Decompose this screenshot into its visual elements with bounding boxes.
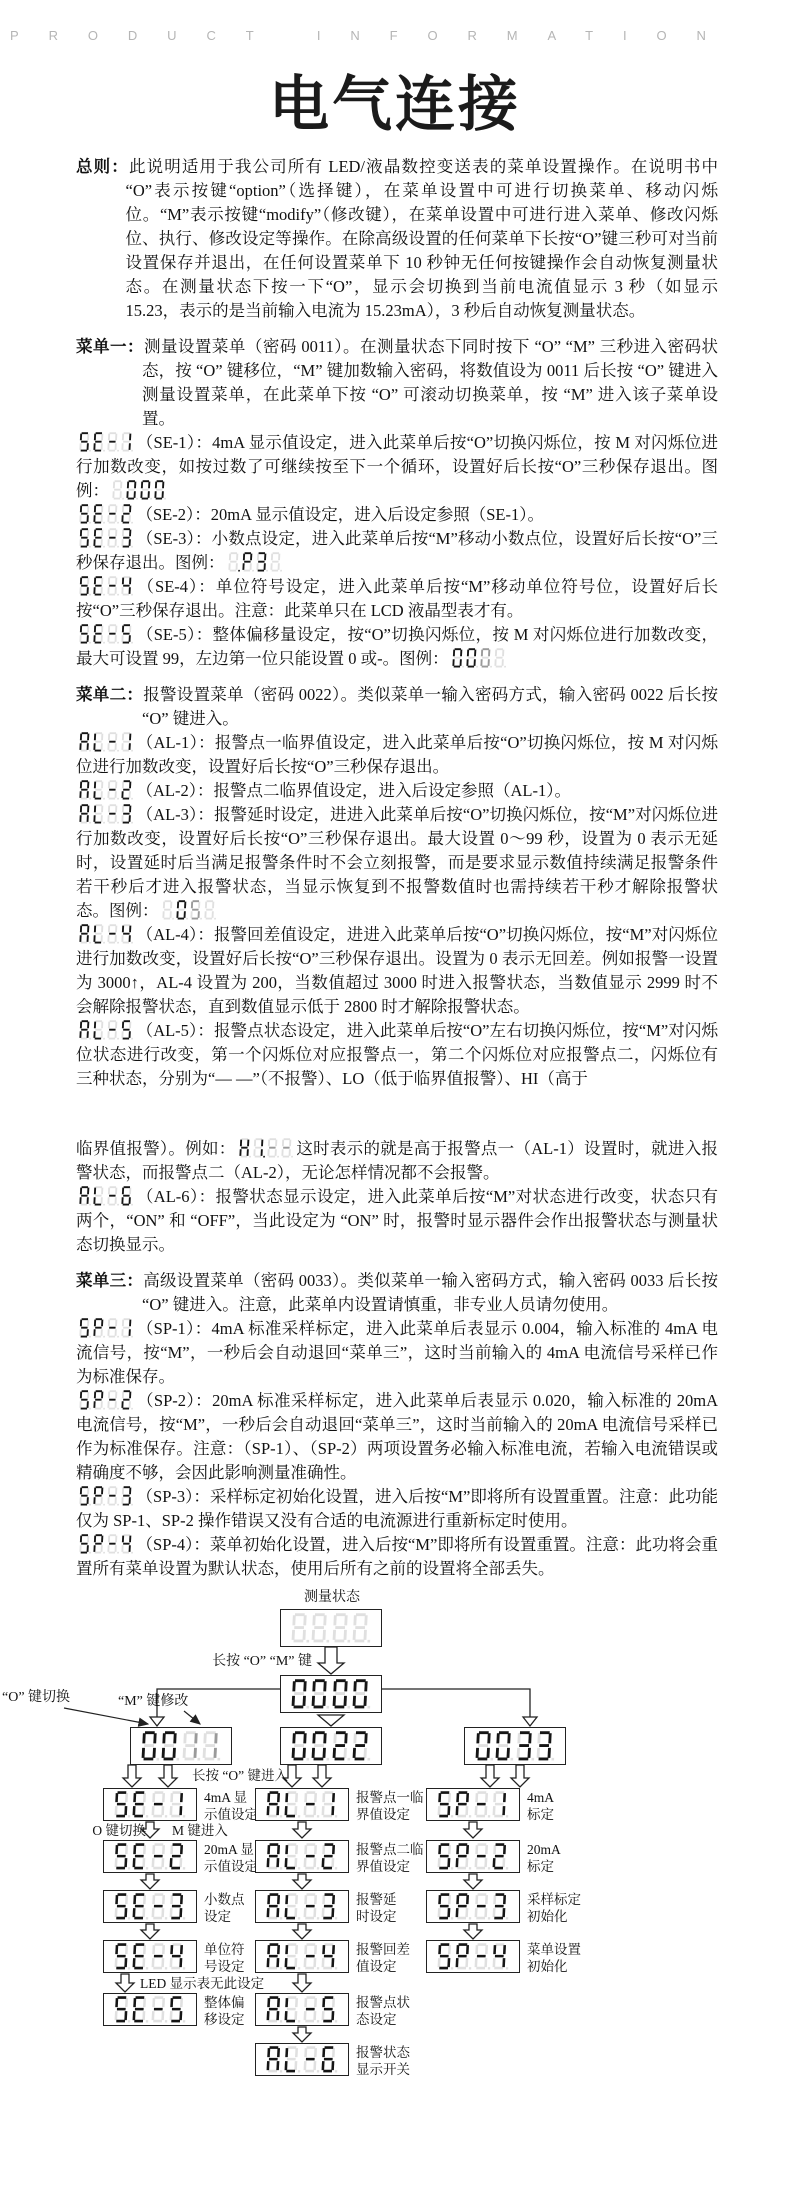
seg-display-al1-icon (79, 732, 134, 752)
menu2-label: 菜单二： (76, 685, 143, 704)
seg-display-al3-example (162, 900, 217, 920)
fc-password-0000-display (280, 1675, 382, 1713)
fc-sp3-label: 采样标定 初始化 (527, 1891, 581, 1925)
fc-sp2-display (426, 1840, 520, 1873)
seg-display-al5-icon (79, 1020, 134, 1040)
fc-se1-label: 4mA 显 示值设定 (204, 1789, 258, 1823)
fc-password-0033-display (464, 1727, 566, 1765)
fc-se2-display (103, 1840, 197, 1873)
seg-display-se1-icon (79, 432, 134, 452)
fc-sp4-display (426, 1940, 520, 1973)
fc-al5-display (255, 1993, 349, 2026)
fc-se1-display (103, 1788, 197, 1821)
seg-display-sp2-icon (79, 1390, 134, 1410)
fc-al2-display (255, 1840, 349, 1873)
item-se5: （SE-5）：整体偏移量设定，按“O”切换闪烁位，按 M 对闪烁位进行加数改变，… (76, 623, 718, 671)
fc-long-press-label: 长按 “O” “M” 键 (160, 1653, 312, 1670)
fc-se2-label: 20mA 显 示值设定 (204, 1841, 258, 1875)
general-text: 此说明适用于我公司所有 LED/液晶数控变送表的菜单设置操作。在说明书中 “O”… (126, 157, 719, 320)
fc-al3-label: 报警延 时设定 (356, 1891, 397, 1925)
fc-al3-display (255, 1890, 349, 1923)
menu3-label: 菜单三： (76, 1271, 143, 1290)
item-se2: （SE-2）：20mA 显示值设定，进入后设定参照（SE-1）。 (76, 503, 718, 527)
item-al4: （AL-4）：报警回差值设定，进进入此菜单后按“O”切换闪烁位，按“M”对闪烁位… (76, 923, 718, 1019)
fc-measure-display (280, 1609, 382, 1647)
fc-al4-display (255, 1940, 349, 1973)
menu1-label: 菜单一： (76, 337, 144, 356)
seg-display-se2-icon (79, 504, 134, 524)
menu1-intro: 菜单一：测量设置菜单（密码 0011）。在测量状态下同时按下 “O” “M” 三… (76, 335, 718, 431)
fc-se4-label: 单位符 号设定 (204, 1941, 245, 1975)
fc-al6-label: 报警状态 显示开关 (356, 2044, 410, 2078)
fc-se3-display (103, 1890, 197, 1923)
seg-display-al6-icon (79, 1186, 134, 1206)
general-paragraph: 总则：此说明适用于我公司所有 LED/液晶数控变送表的菜单设置操作。在说明书中 … (76, 155, 718, 323)
fc-enter-label: 长按 “O” 键进入 (192, 1767, 288, 1784)
menu-1: 菜单一：测量设置菜单（密码 0011）。在测量状态下同时按下 “O” “M” 三… (76, 335, 718, 671)
seg-display-se3-icon (79, 528, 134, 548)
seg-display-se5-example (452, 648, 507, 668)
fc-al2-label: 报警点二临 界值设定 (356, 1841, 424, 1875)
item-al2: （AL-2）：报警点二临界值设定，进入后设定参照（AL-1）。 (76, 779, 718, 803)
item-al5-continued: 临界值报警）。例如：这时表示的就是高于报警点一（AL-1）设置时，就进入报警状态… (76, 1137, 718, 1185)
seg-display-se4-icon (79, 576, 134, 596)
item-se1: （SE-1）：4mA 显示值设定，进入此菜单后按“O”切换闪烁位，按 M 对闪烁… (76, 431, 718, 503)
menu-flowchart: 测量状态 长按 “O” “M” 键 “O” 键切换 “M” 键修改 长按 “O”… (0, 1589, 790, 2089)
fc-se5-label: 整体偏 移设定 (204, 1994, 245, 2028)
item-sp2: （SP-2）：20mA 标准采样标定，进入此菜单后表显示 0.020，输入标准的… (76, 1389, 718, 1485)
kicker-product-information: PRODUCT INFORMATION (10, 28, 790, 43)
fc-se4-display (103, 1940, 197, 1973)
fc-sp1-label: 4mA 标定 (527, 1789, 554, 1823)
seg-display-al2-icon (79, 780, 134, 800)
fc-measure-state-label: 测量状态 (281, 1589, 383, 1606)
menu-3: 菜单三：高级设置菜单（密码 0033）。类似菜单一输入密码方式，输入密码 003… (76, 1269, 718, 1581)
item-al1: （AL-1）：报警点一临界值设定，进入此菜单后按“O”切换闪烁位，按 M 对闪烁… (76, 731, 718, 779)
page-title: 电气连接 (0, 57, 790, 143)
fc-sp4-label: 菜单设置 初始化 (527, 1941, 581, 1975)
item-se3: （SE-3）：小数点设定，进入此菜单后按“M”移动小数点位，设置好后长按“O”三… (76, 527, 718, 575)
seg-display-al3-icon (79, 804, 134, 824)
fc-se3-label: 小数点 设定 (204, 1891, 245, 1925)
fc-al5-label: 报警点状 态设定 (356, 1994, 410, 2028)
item-al6: （AL-6）：报警状态显示设定，进入此菜单后按“M”对状态进行改变，状态只有两个… (76, 1185, 718, 1257)
item-sp1: （SP-1）：4mA 标准采样标定，进入此菜单后表显示 0.004，输入标准的 … (76, 1317, 718, 1389)
seg-display-sp4-icon (79, 1534, 134, 1554)
fc-o-switch-label: “O” 键切换 (2, 1689, 70, 1706)
item-sp3: （SP-3）：采样标定初始化设置，进入后按“M”即将所有设置重置。注意：此功能仅… (76, 1485, 718, 1533)
seg-display-al4-icon (79, 924, 134, 944)
page-gap (76, 1091, 718, 1137)
fc-password-0022-display (280, 1727, 382, 1765)
seg-display-se1-example (112, 480, 167, 500)
seg-display-sp1-icon (79, 1318, 134, 1338)
menu2-intro: 菜单二：报警设置菜单（密码 0022）。类似菜单一输入密码方式，输入密码 002… (76, 683, 718, 731)
item-se4: （SE-4）：单位符号设定，进入此菜单后按“M”移动单位符号位，设置好后长按“O… (76, 575, 718, 623)
fc-m-modify-label: “M” 键修改 (118, 1693, 188, 1710)
fc-o-switch2-label: O 键切换 (66, 1822, 146, 1839)
fc-sp2-label: 20mA 标定 (527, 1841, 561, 1875)
fc-al4-label: 报警回差 值设定 (356, 1941, 410, 1975)
fc-al1-label: 报警点一临 界值设定 (356, 1789, 424, 1823)
seg-display-se5-icon (79, 624, 134, 644)
document-body: 总则：此说明适用于我公司所有 LED/液晶数控变送表的菜单设置操作。在说明书中 … (76, 155, 718, 1581)
seg-display-se3-example (228, 552, 283, 572)
general-label: 总则： (76, 157, 129, 176)
fc-sp3-display (426, 1890, 520, 1923)
seg-display-al5-example (239, 1138, 294, 1158)
fc-led-note: LED 显示表无此设定 (140, 1975, 264, 1992)
item-sp4: （SP-4）：菜单初始化设置，进入后按“M”即将所有设置重置。注意：此功将会重置… (76, 1533, 718, 1581)
fc-password-0011-display (130, 1727, 232, 1765)
fc-m-enter-label: M 键进入 (172, 1822, 228, 1839)
fc-sp1-display (426, 1788, 520, 1821)
fc-se5-display (103, 1993, 197, 2026)
seg-display-sp3-icon (79, 1486, 134, 1506)
fc-al6-display (255, 2043, 349, 2076)
fc-al1-display (255, 1788, 349, 1821)
menu-2: 菜单二：报警设置菜单（密码 0022）。类似菜单一输入密码方式，输入密码 002… (76, 683, 718, 1257)
menu3-intro: 菜单三：高级设置菜单（密码 0033）。类似菜单一输入密码方式，输入密码 003… (76, 1269, 718, 1317)
item-al5: （AL-5）：报警点状态设定，进入此菜单后按“O”左右切换闪烁位，按“M”对闪烁… (76, 1019, 718, 1091)
item-al3: （AL-3）：报警延时设定，进进入此菜单后按“O”切换闪烁位，按“M”对闪烁位进… (76, 803, 718, 923)
